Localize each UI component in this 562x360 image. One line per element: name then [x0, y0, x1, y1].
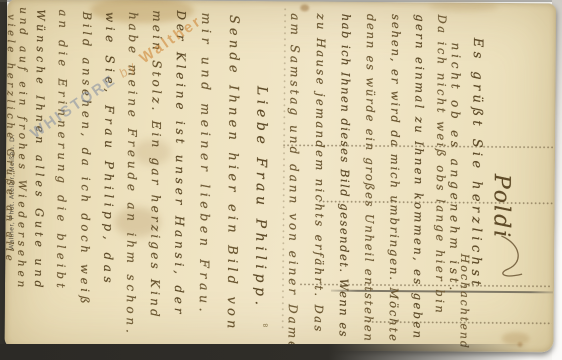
message-line: Es grüßt Sie herzlichst	[468, 38, 485, 290]
message-line: sehen, er wird da mich umbringen. Möchte	[387, 14, 404, 343]
watermark-name-text: Walther	[136, 12, 205, 67]
message-line: mir und meiner lieben Frau.	[197, 13, 214, 317]
message-line: Hochachtend	[457, 254, 471, 350]
message-line: Der Kleine ist unser Hansi, der	[172, 10, 188, 317]
scanner-background-bottom	[0, 344, 530, 360]
message-line: an die Erinnerung die bleibt	[54, 9, 70, 292]
postcard-scan: Walther, Phot. Atelier, Meißen. D. 8 vie…	[0, 0, 562, 360]
message-line: am Samstag und dann von einer Dame	[285, 13, 302, 351]
message-line: wie Sie, Frau Philipp, das	[101, 12, 117, 288]
paper-stain	[300, 4, 309, 11]
signature-flourish	[498, 234, 526, 282]
message-line: gern einmal zu Ihnen kommen, es geben	[411, 14, 428, 340]
message-line: Bild ansehen, da ich doch weiß	[78, 12, 94, 308]
message-line: Sende Ihnen hier ein Bild von	[224, 15, 241, 333]
message-line: viele herzliche Grüße an alle	[3, 14, 16, 264]
paper-stain	[428, 1, 498, 12]
postcard: Walther, Phot. Atelier, Meißen. D. 8 vie…	[5, 0, 557, 352]
message-line: und auf ein frohes Wiedersehen	[15, 7, 29, 291]
message-line: Liebe Frau Philipp.	[252, 86, 270, 310]
message-line: zu Hause jemandem nichts erfährt. Das	[312, 13, 329, 333]
message-line: Wünsche Ihnen alles Gute und	[32, 9, 47, 291]
printers-mark: 8	[263, 323, 270, 327]
message-line: denn es würde ein großes Unheil entstehe…	[362, 14, 379, 343]
message-line: hab ich Ihnen dieses Bild gesendet. Wenn…	[337, 14, 354, 338]
signature: Poldi	[488, 174, 514, 240]
